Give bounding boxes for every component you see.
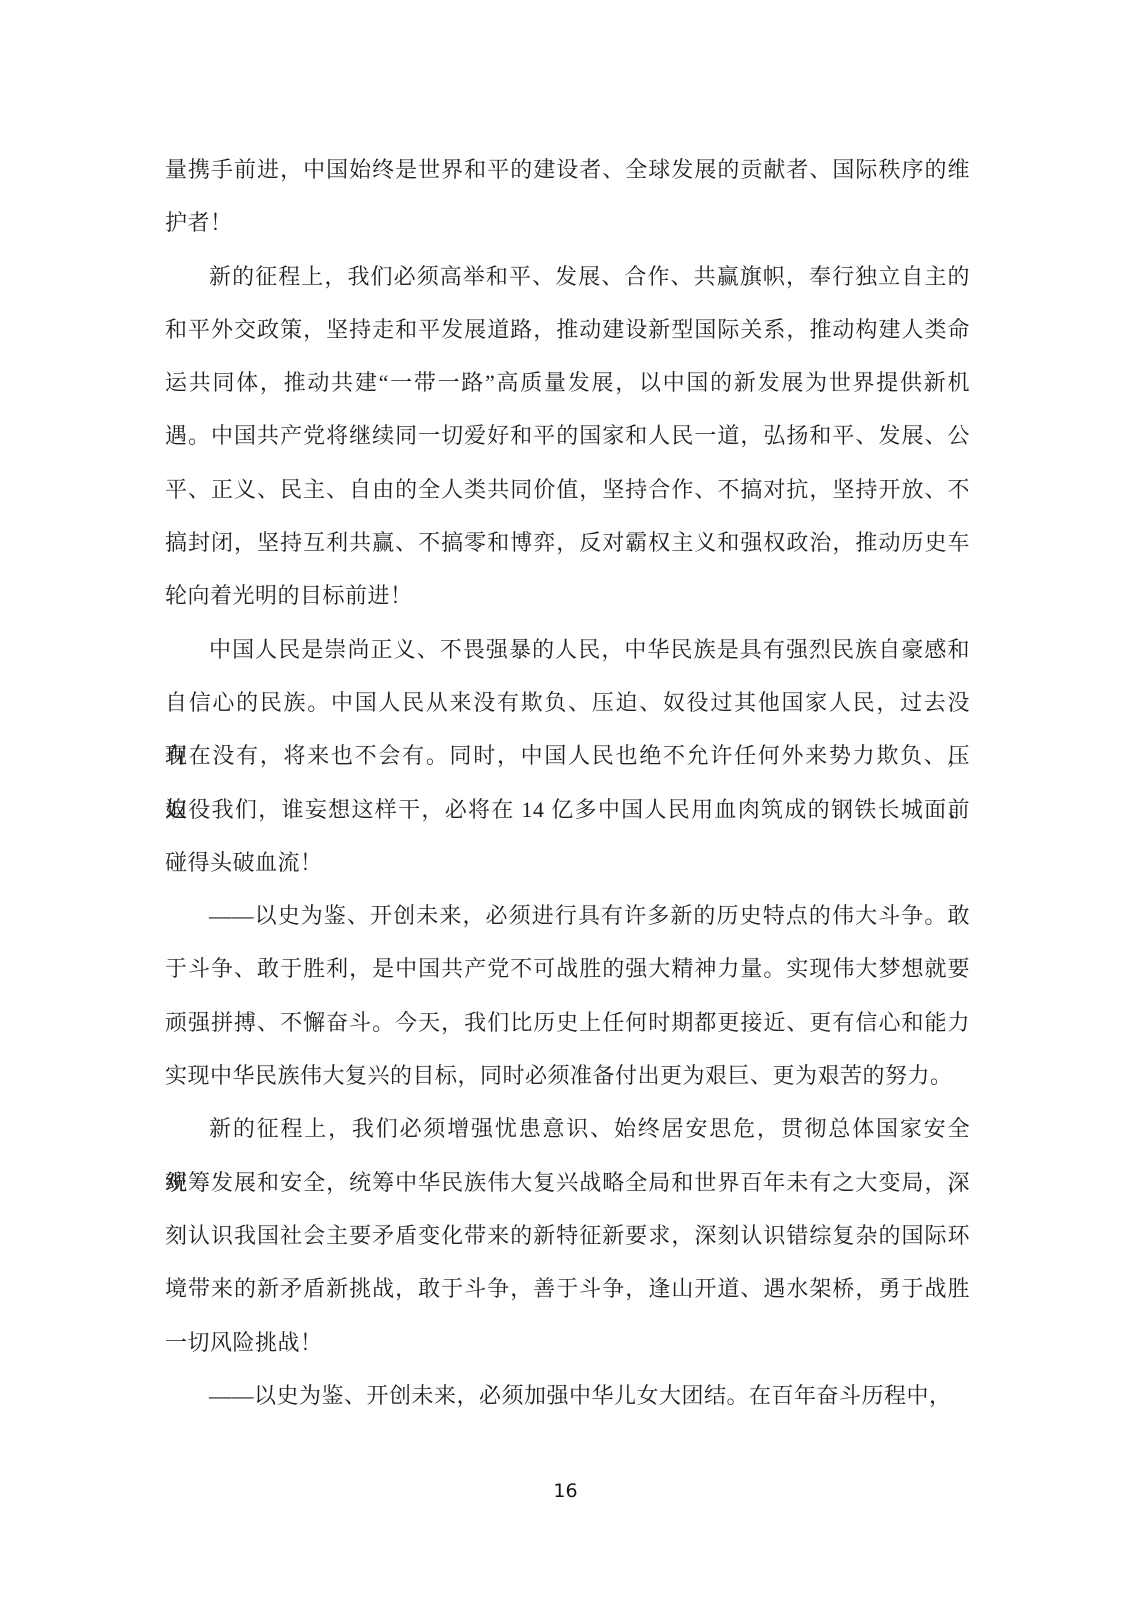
text-line: 实现中华民族伟大复兴的目标，同时必须准备付出更为艰巨、更为艰苦的努力。 xyxy=(165,1049,970,1102)
page-number: 16 xyxy=(0,1480,1131,1502)
text-line: 平、正义、民主、自由的全人类共同价值，坚持合作、不搞对抗，坚持开放、不 xyxy=(165,463,970,516)
text-line: 一切风险挑战！ xyxy=(165,1316,970,1369)
document-body: 量携手前进，中国始终是世界和平的建设者、全球发展的贡献者、国际秩序的维护者！新的… xyxy=(165,143,970,1422)
text-line: 搞封闭，坚持互利共赢、不搞零和博弈，反对霸权主义和强权政治，推动历史车 xyxy=(165,516,970,569)
text-line: 中国人民是崇尚正义、不畏强暴的人民，中华民族是具有强烈民族自豪感和 xyxy=(165,623,970,676)
document-page: 量携手前进，中国始终是世界和平的建设者、全球发展的贡献者、国际秩序的维护者！新的… xyxy=(0,0,1131,1600)
text-line: 奴役我们，谁妄想这样干，必将在 14 亿多中国人民用血肉筑成的钢铁长城面前 xyxy=(165,783,970,836)
text-line: 于斗争、敢于胜利，是中国共产党不可战胜的强大精神力量。实现伟大梦想就要 xyxy=(165,942,970,995)
text-line: 统筹发展和安全，统筹中华民族伟大复兴战略全局和世界百年未有之大变局，深 xyxy=(165,1156,970,1209)
text-line: ——以史为鉴、开创未来，必须进行具有许多新的历史特点的伟大斗争。敢 xyxy=(165,889,970,942)
text-line: 新的征程上，我们必须增强忧患意识、始终居安思危，贯彻总体国家安全观， xyxy=(165,1102,970,1155)
text-line: 量携手前进，中国始终是世界和平的建设者、全球发展的贡献者、国际秩序的维 xyxy=(165,143,970,196)
text-line: 轮向着光明的目标前进！ xyxy=(165,569,970,622)
text-line: 自信心的民族。中国人民从来没有欺负、压迫、奴役过其他国家人民，过去没有， xyxy=(165,676,970,729)
text-line: ——以史为鉴、开创未来，必须加强中华儿女大团结。在百年奋斗历程中， xyxy=(165,1369,970,1422)
text-line: 运共同体，推动共建“一带一路”高质量发展，以中国的新发展为世界提供新机 xyxy=(165,356,970,409)
text-line: 碰得头破血流！ xyxy=(165,836,970,889)
text-line: 和平外交政策，坚持走和平发展道路，推动建设新型国际关系，推动构建人类命 xyxy=(165,303,970,356)
text-line: 刻认识我国社会主要矛盾变化带来的新特征新要求，深刻认识错综复杂的国际环 xyxy=(165,1209,970,1262)
text-line: 顽强拼搏、不懈奋斗。今天，我们比历史上任何时期都更接近、更有信心和能力 xyxy=(165,996,970,1049)
text-line: 护者！ xyxy=(165,196,970,249)
text-line: 遇。中国共产党将继续同一切爱好和平的国家和人民一道，弘扬和平、发展、公 xyxy=(165,409,970,462)
text-line: 境带来的新矛盾新挑战，敢于斗争，善于斗争，逢山开道、遇水架桥，勇于战胜 xyxy=(165,1262,970,1315)
text-line: 现在没有，将来也不会有。同时，中国人民也绝不允许任何外来势力欺负、压迫、 xyxy=(165,729,970,782)
text-line: 新的征程上，我们必须高举和平、发展、合作、共赢旗帜，奉行独立自主的 xyxy=(165,250,970,303)
